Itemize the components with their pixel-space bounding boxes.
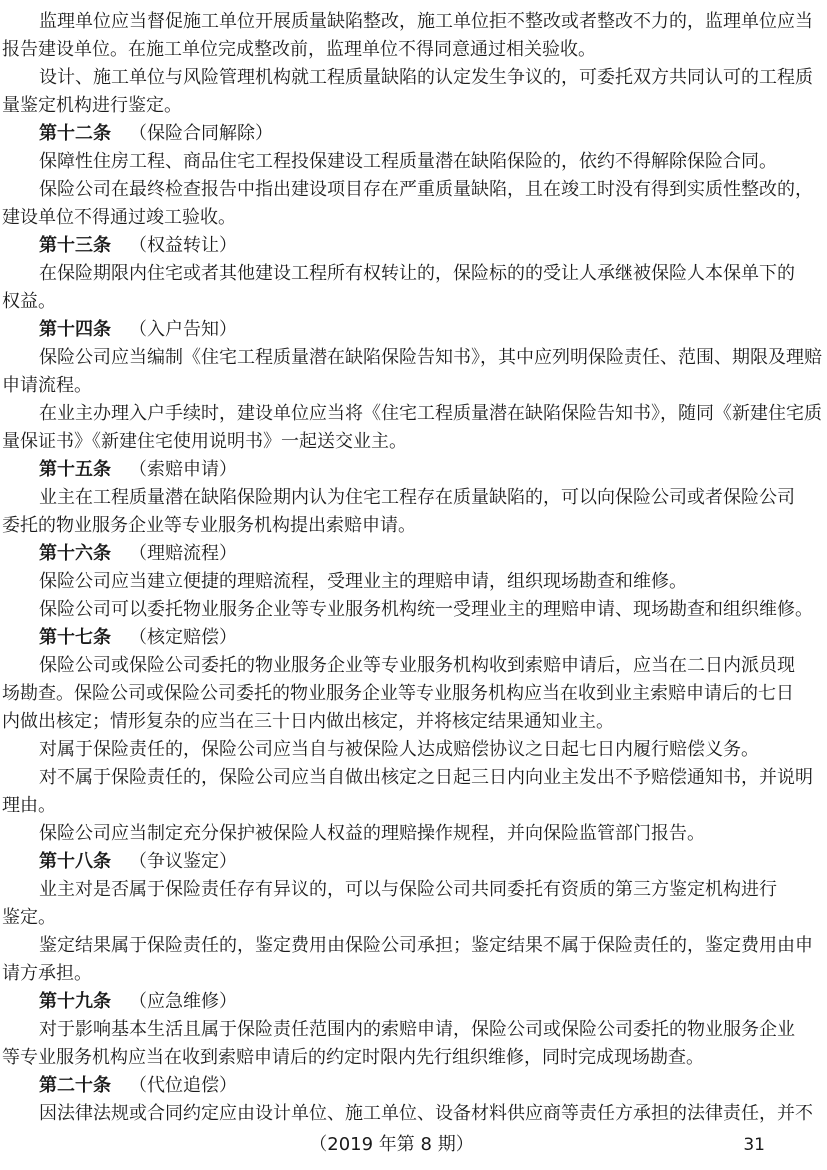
text-line: 在业主办理入户手续时，建设单位应当将《住宅工程质量潜在缺陷保险告知书》，随同《新… <box>0 400 827 428</box>
article-title: （权益转让） <box>129 235 237 256</box>
text-line: 建设单位不得通过竣工验收。 <box>0 204 827 232</box>
text-line: 保险公司应当建立便捷的理赔流程，受理业主的理赔申请，组织现场勘查和维修。 <box>0 568 827 596</box>
article-heading: 第十二条（保险合同解除） <box>0 120 827 148</box>
text-line: 报告建设单位。在施工单位完成整改前，监理单位不得同意通过相关验收。 <box>0 36 827 64</box>
text-line: 在保险期限内住宅或者其他建设工程所有权转让的，保险标的的受让人承继被保险人本保单… <box>0 260 827 288</box>
text-line: 保障性住房工程、商品住宅工程投保建设工程质量潜在缺陷保险的，依约不得解除保险合同… <box>0 148 827 176</box>
text-line: 内做出核定；情形复杂的应当在三十日内做出核定，并将核定结果通知业主。 <box>0 708 827 736</box>
article-title: （应急维修） <box>129 991 237 1012</box>
footer-issue-label: （2019 年第 8 期） <box>0 1130 783 1160</box>
text-line: 鉴定结果属于保险责任的，鉴定费用由保险公司承担；鉴定结果不属于保险责任的，鉴定费… <box>0 932 827 960</box>
page-footer: （2019 年第 8 期） 31 <box>0 1130 827 1160</box>
article-number: 第十四条 <box>39 319 111 340</box>
text-line: 等专业服务机构应当在收到索赔申请后的约定时限内先行组织维修，同时完成现场勘查。 <box>0 1044 827 1072</box>
text-line: 对属于保险责任的，保险公司应当自与被保险人达成赔偿协议之日起七日内履行赔偿义务。 <box>0 736 827 764</box>
text-line: 设计、施工单位与风险管理机构就工程质量缺陷的认定发生争议的，可委托双方共同认可的… <box>0 64 827 92</box>
article-number: 第十六条 <box>39 543 111 564</box>
article-number: 第十七条 <box>39 627 111 648</box>
article-number: 第二十条 <box>39 1075 111 1096</box>
text-line: 因法律法规或合同约定应由设计单位、施工单位、设备材料供应商等责任方承担的法律责任… <box>0 1100 827 1128</box>
text-line: 权益。 <box>0 288 827 316</box>
text-line: 业主在工程质量潜在缺陷保险期内认为住宅工程存在质量缺陷的，可以向保险公司或者保险… <box>0 484 827 512</box>
article-title: （核定赔偿） <box>129 627 237 648</box>
article-title: （争议鉴定） <box>129 851 237 872</box>
article-title: （索赔申请） <box>129 459 237 480</box>
article-heading: 第二十条（代位追偿） <box>0 1072 827 1100</box>
article-number: 第十八条 <box>39 851 111 872</box>
text-line: 保险公司可以委托物业服务企业等专业服务机构统一受理业主的理赔申请、现场勘查和组织… <box>0 596 827 624</box>
text-line: 鉴定。 <box>0 904 827 932</box>
article-heading: 第十八条（争议鉴定） <box>0 848 827 876</box>
text-line: 量保证书》《新建住宅使用说明书》一起送交业主。 <box>0 428 827 456</box>
article-title: （保险合同解除） <box>129 123 273 144</box>
article-heading: 第十四条（入户告知） <box>0 316 827 344</box>
article-heading: 第十三条（权益转让） <box>0 232 827 260</box>
article-number: 第十三条 <box>39 235 111 256</box>
text-line: 保险公司应当制定充分保护被保险人权益的理赔操作规程，并向保险监管部门报告。 <box>0 820 827 848</box>
article-heading: 第十六条（理赔流程） <box>0 540 827 568</box>
text-line: 申请流程。 <box>0 372 827 400</box>
article-title: （理赔流程） <box>129 543 237 564</box>
text-line: 理由。 <box>0 792 827 820</box>
text-line: 对于影响基本生活且属于保险责任范围内的索赔申请，保险公司或保险公司委托的物业服务… <box>0 1016 827 1044</box>
text-line: 监理单位应当督促施工单位开展质量缺陷整改，施工单位拒不整改或者整改不力的，监理单… <box>0 8 827 36</box>
text-line: 保险公司在最终检查报告中指出建设项目存在严重质量缺陷，且在竣工时没有得到实质性整… <box>0 176 827 204</box>
text-line: 委托的物业服务企业等专业服务机构提出索赔申请。 <box>0 512 827 540</box>
text-line: 业主对是否属于保险责任存有异议的，可以与保险公司共同委托有资质的第三方鉴定机构进… <box>0 876 827 904</box>
text-line: 保险公司应当编制《住宅工程质量潜在缺陷保险告知书》，其中应列明保险责任、范围、期… <box>0 344 827 372</box>
article-number: 第十九条 <box>39 991 111 1012</box>
article-heading: 第十七条（核定赔偿） <box>0 624 827 652</box>
document-body: 监理单位应当督促施工单位开展质量缺陷整改，施工单位拒不整改或者整改不力的，监理单… <box>0 8 827 1128</box>
article-number: 第十二条 <box>39 123 111 144</box>
page-number: 31 <box>743 1130 765 1160</box>
text-line: 对不属于保险责任的，保险公司应当自做出核定之日起三日内向业主发出不予赔偿通知书，… <box>0 764 827 792</box>
article-heading: 第十五条（索赔申请） <box>0 456 827 484</box>
text-line: 场勘查。保险公司或保险公司委托的物业服务企业等专业服务机构应当在收到业主索赔申请… <box>0 680 827 708</box>
text-line: 量鉴定机构进行鉴定。 <box>0 92 827 120</box>
article-heading: 第十九条（应急维修） <box>0 988 827 1016</box>
article-title: （入户告知） <box>129 319 237 340</box>
text-line: 请方承担。 <box>0 960 827 988</box>
article-title: （代位追偿） <box>129 1075 237 1096</box>
article-number: 第十五条 <box>39 459 111 480</box>
document-page: 监理单位应当督促施工单位开展质量缺陷整改，施工单位拒不整改或者整改不力的，监理单… <box>0 0 827 1170</box>
text-line: 保险公司或保险公司委托的物业服务企业等专业服务机构收到索赔申请后，应当在二日内派… <box>0 652 827 680</box>
